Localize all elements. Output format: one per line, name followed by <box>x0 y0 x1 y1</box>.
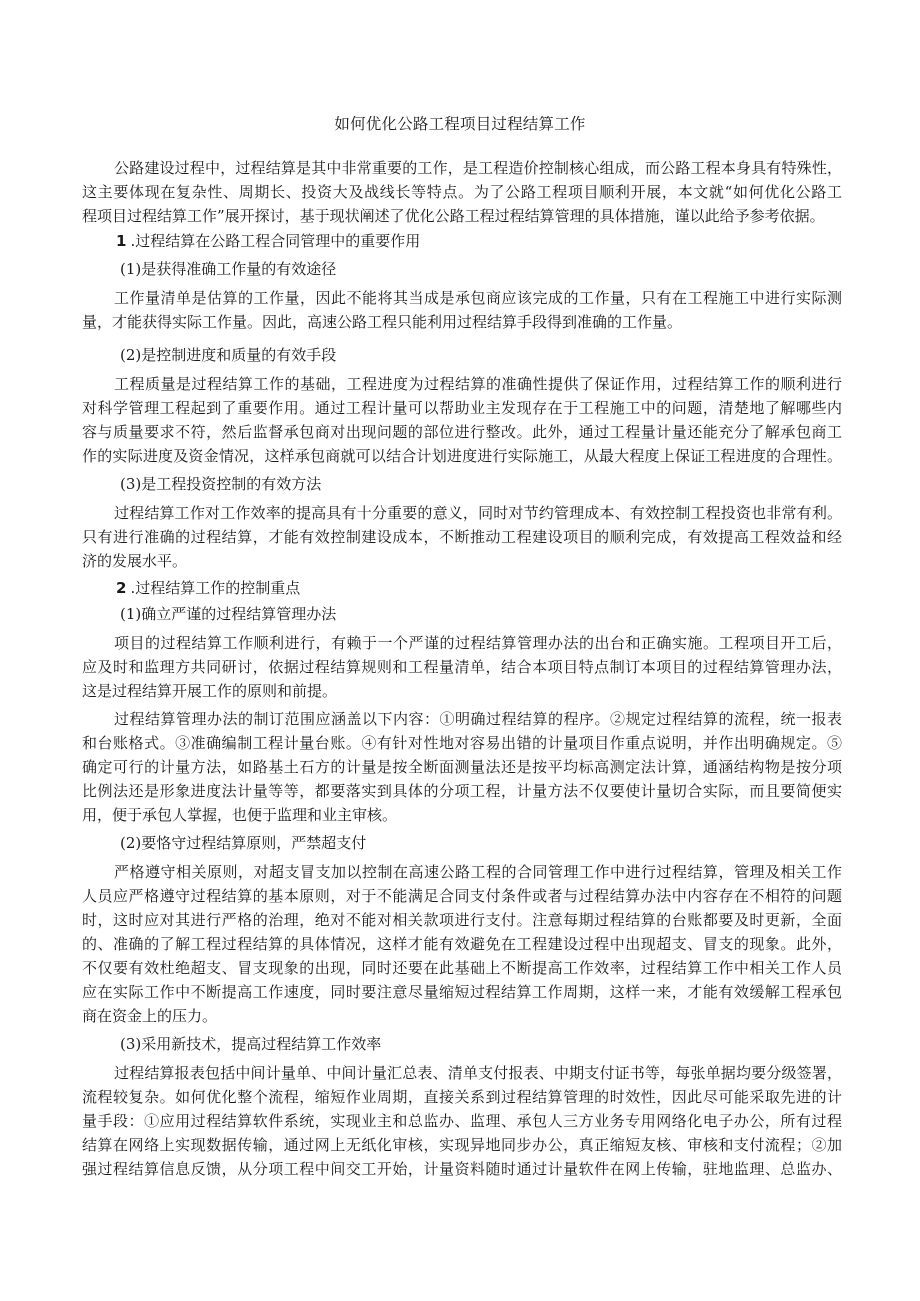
paragraph-line: 和台账格式。③准确编制工程计量台账。④有针对性地对容易出错的计量项目作重点说明，… <box>82 733 842 753</box>
paragraph-line: 过程结算工作对工作效率的提高具有十分重要的意义，同时对节约管理成本、有效控制工程… <box>114 503 842 523</box>
intro-line: 程项目过程结算工作”展开探讨，基于现状阐述了优化公路工程过程结算管理的具体措施，… <box>82 206 842 226</box>
paragraph-line: 不仅要有效杜绝超支、冒支现象的出现，同时还要在此基础上不断提高工作效率，过程结算… <box>82 958 842 978</box>
section-title: .过程结算在公路工程合同管理中的重要作用 <box>130 232 420 250</box>
paragraph-line: 时，这时应对其进行严格的治理，绝对不能对相关款项进行支付。注意每期过程结算的台账… <box>82 910 842 930</box>
paragraph-line: 工程质量是过程结算工作的基础，工程进度为过程结算的准确性提供了保证作用，过程结算… <box>114 374 842 394</box>
subsection-title: (2)是控制进度和质量的有效手段 <box>120 345 336 365</box>
paragraph-line: 项目的过程结算工作顺利进行，有赖于一个严谨的过程结算管理办法的出台和正确实施。工… <box>114 633 842 653</box>
paragraph-line: 作的实际进度及资金情况，这样承包商就可以结合计划进度进行实际施工，从最大程度上保… <box>82 446 842 466</box>
paragraph-line: 的、准确的了解工程过程结算的具体情况，这样才能有效避免在工程建设过程中出现超支、… <box>82 934 842 954</box>
subsection-title: (1)确立严谨的过程结算管理办法 <box>120 604 336 624</box>
paragraph-line: 只有进行准确的过程结算，才能有效控制建设成本，不断推动工程建设项目的顺利完成，有… <box>82 527 842 547</box>
document-page: 如何优化公路工程项目过程结算工作 公路建设过程中，过程结算是其中非常重要的工作，… <box>0 0 920 1301</box>
subsection-title: (3)是工程投资控制的有效方法 <box>120 474 321 494</box>
paragraph-line: 量，才能获得实际工作量。因此，高速公路工程只能利用过程结算手段得到准确的工作量。 <box>82 312 842 332</box>
paragraph-line: 确定可行的计量方法，如路基土石方的计量是按全断面测量法还是按平均标高测定法计算，… <box>82 757 842 777</box>
paragraph-line: 严格遵守相关原则，对超支冒支加以控制在高速公路工程的合同管理工作中进行过程结算，… <box>114 862 842 882</box>
subsection-title: (1)是获得准确工作量的有效途径 <box>120 259 336 279</box>
paragraph-line: 济的发展水平。 <box>82 551 842 571</box>
section-number: 1 <box>116 232 126 250</box>
paragraph-line: 人员应严格遵守过程结算的基本原则，对于不能满足合同支付条件或者与过程结算办法中内… <box>82 886 842 906</box>
section-number: 2 <box>116 579 126 597</box>
paragraph-line: 应在实际工作中不断提高工作速度，同时要注意尽量缩短过程结算工作周期，这样一来，才… <box>82 982 842 1002</box>
subsection-title: (3)采用新技术，提高过程结算工作效率 <box>120 1034 381 1054</box>
paragraph-line: 量手段：①应用过程结算软件系统，实现业主和总监办、监理、承包人三方业务专用网络化… <box>82 1111 842 1131</box>
paragraph-line: 流程较复杂。如何优化整个流程，缩短作业周期，直接关系到过程结算管理的时效性，因此… <box>82 1087 842 1107</box>
paragraph-line: 对科学管理工程起到了重要作用。通过工程计量可以帮助业主发现存在于工程施工中的问题… <box>82 398 842 418</box>
section-heading-1: 1.过程结算在公路工程合同管理中的重要作用 <box>116 231 420 251</box>
paragraph-line: 用，便于承包人掌握，也便于监理和业主审核。 <box>82 805 842 825</box>
paragraph-line: 容与质量要求不符，然后监督承包商对出现问题的部位进行整改。此外，通过工程量计量还… <box>82 422 842 442</box>
paragraph-line: 工作量清单是估算的工作量，因此不能将其当成是承包商应该完成的工作量，只有在工程施… <box>114 288 842 308</box>
paragraph-line: 商在资金上的压力。 <box>82 1006 842 1026</box>
paragraph-line: 过程结算报表包括中间计量单、中间计量汇总表、清单支付报表、中期支付证书等，每张单… <box>114 1063 842 1083</box>
paragraph-line: 强过程结算信息反馈，从分项工程中间交工开始，计量资料随时通过计量软件在网上传输，… <box>82 1159 842 1179</box>
subsection-title: (2)要恪守过程结算原则，严禁超支付 <box>120 833 366 853</box>
section-heading-2: 2.过程结算工作的控制重点 <box>116 578 300 598</box>
intro-line: 公路建设过程中，过程结算是其中非常重要的工作，是工程造价控制核心组成，而公路工程… <box>114 158 842 178</box>
section-title: .过程结算工作的控制重点 <box>130 579 300 597</box>
intro-line: 这主要体现在复杂性、周期长、投资大及战线长等特点。为了公路工程项目顺利开展，本文… <box>82 182 842 202</box>
paragraph-line: 过程结算管理办法的制订范围应涵盖以下内容：①明确过程结算的程序。②规定过程结算的… <box>114 709 842 729</box>
document-title: 如何优化公路工程项目过程结算工作 <box>0 112 920 134</box>
paragraph-line: 结算在网络上实现数据传输，通过网上无纸化审核，实现异地同步办公，真正缩短友核、审… <box>82 1135 842 1155</box>
paragraph-line: 这是过程结算开展工作的原则和前提。 <box>82 681 842 701</box>
paragraph-line: 比例法还是形象进度法计量等等，都要落实到具体的分项工程，计量方法不仅要使计量切合… <box>82 781 842 801</box>
paragraph-line: 应及时和监理方共同研讨，依据过程结算规则和工程量清单，结合本项目特点制订本项目的… <box>82 657 842 677</box>
